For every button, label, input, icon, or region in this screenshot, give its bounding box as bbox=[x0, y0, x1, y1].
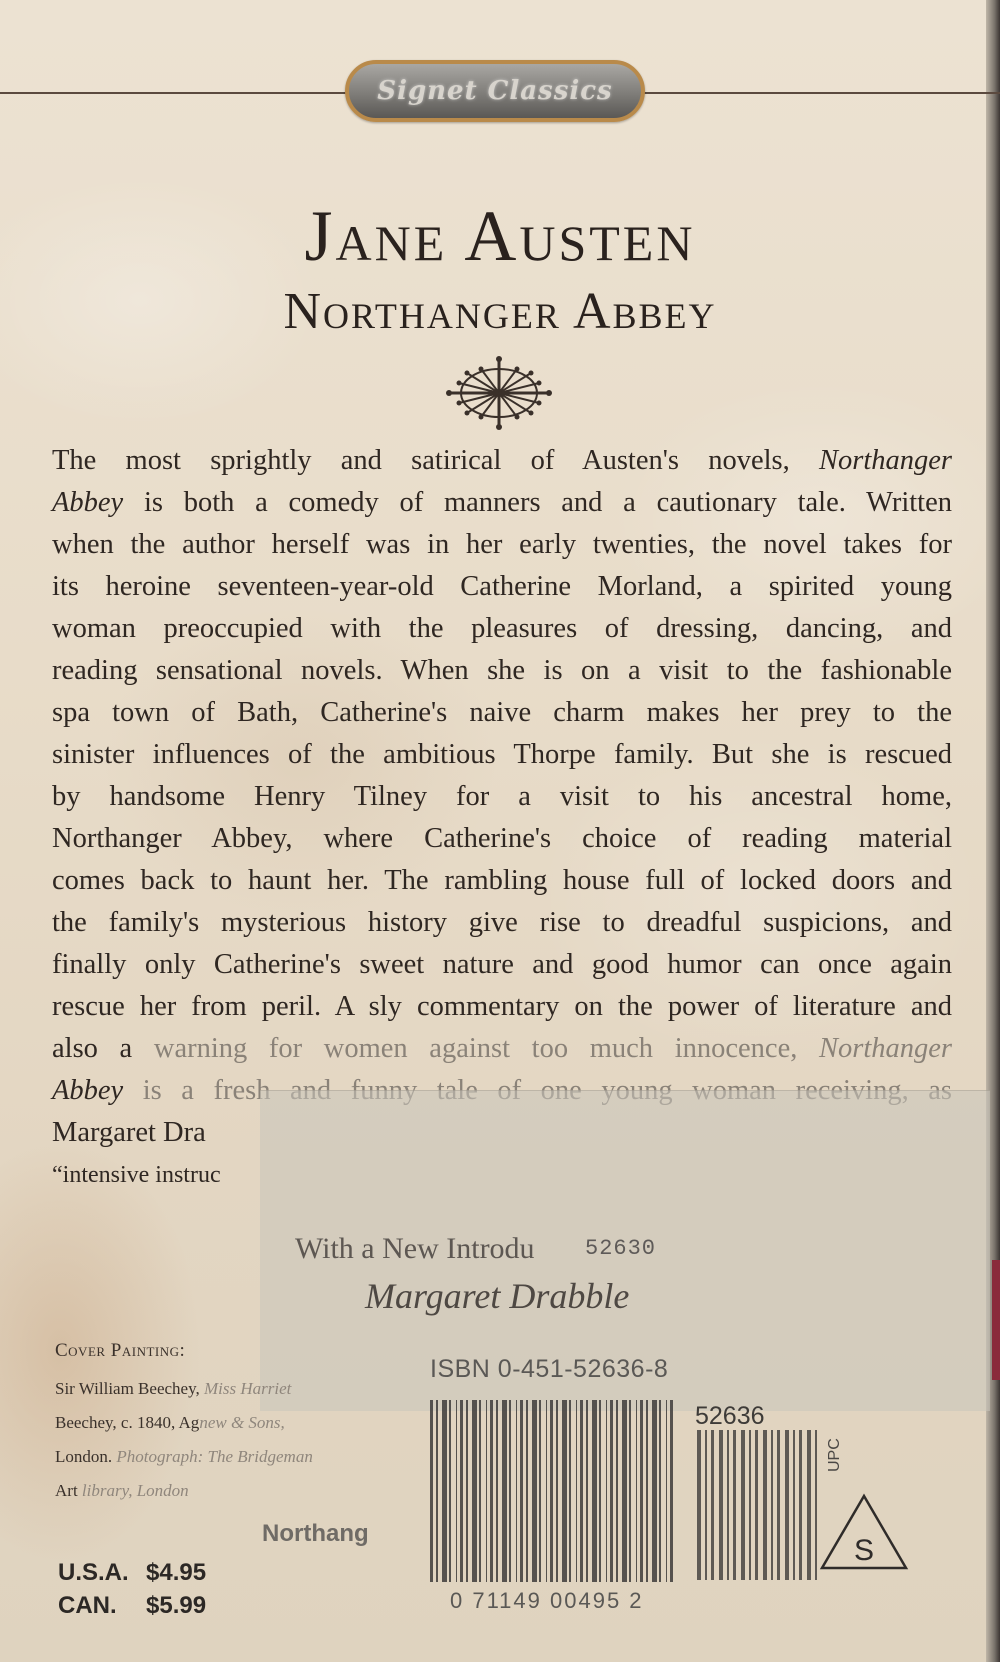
blurb-line: the family's mysterious history give ris… bbox=[52, 902, 952, 944]
price-country: CAN. bbox=[58, 1589, 128, 1622]
introduction-line: With a New Introdu bbox=[295, 1232, 535, 1266]
price-row: U.S.A. $4.95 bbox=[58, 1556, 206, 1589]
author-name: Jane Austen bbox=[0, 195, 1000, 278]
credits-text-dim: Miss Harriet bbox=[204, 1379, 291, 1398]
introduction-signature: Margaret Drabble bbox=[365, 1275, 629, 1317]
upc-mark: S bbox=[854, 1534, 874, 1567]
blurb-line-faded: also a warning for women against too muc… bbox=[52, 1028, 952, 1070]
spine-red-stripe bbox=[992, 1260, 1000, 1380]
blurb-line: spa town of Bath, Catherine's naive char… bbox=[52, 692, 952, 734]
blurb-italic-title: Northanger bbox=[819, 445, 952, 476]
upc-label: UPC bbox=[826, 1438, 844, 1472]
price-country: U.S.A. bbox=[58, 1556, 128, 1589]
cover-credits: Cover Painting: Sir William Beechey, Mis… bbox=[55, 1340, 395, 1508]
blurb-line: when the author herself was in her early… bbox=[52, 524, 952, 566]
cover-credits-label: Cover Painting: bbox=[55, 1340, 395, 1362]
barcode-icon bbox=[430, 1400, 675, 1582]
blurb-italic-title: Abbey bbox=[52, 1075, 123, 1106]
credits-line: London. Photograph: The Bridgeman bbox=[55, 1440, 395, 1474]
upc-triangle-icon: S bbox=[818, 1492, 910, 1572]
blurb-line: its heroine seventeen-year-old Catherine… bbox=[52, 566, 952, 608]
blurb-text: also a bbox=[52, 1033, 132, 1064]
series-badge: Signet Classics bbox=[345, 60, 645, 122]
blurb-italic-title: Northanger bbox=[819, 1033, 952, 1064]
blurb-line: rescue her from peril. A sly commentary … bbox=[52, 986, 952, 1028]
isbn-number: ISBN 0-451-52636-8 bbox=[430, 1355, 668, 1384]
credits-text: Beechey, c. 1840, bbox=[55, 1413, 175, 1432]
blurb-text: The most sprightly and satirical of Aust… bbox=[52, 445, 819, 476]
price-row: CAN. $5.99 bbox=[58, 1589, 206, 1622]
compass-rose-ornament-icon bbox=[443, 355, 555, 431]
credits-line: Sir William Beechey, Miss Harriet bbox=[55, 1372, 395, 1406]
blurb-line: woman preoccupied with the pleasures of … bbox=[52, 608, 952, 650]
credits-text: Ag bbox=[179, 1413, 200, 1432]
cover-credits-text: Sir William Beechey, Miss Harriet Beeche… bbox=[55, 1372, 395, 1508]
credits-text-dim: library, London bbox=[82, 1481, 189, 1500]
credits-text-dim: Photograph: The Bridgeman bbox=[116, 1447, 312, 1466]
barcode-addon-icon bbox=[697, 1430, 817, 1580]
credits-text: Sir William Beechey, bbox=[55, 1379, 200, 1398]
blurb-line: The most sprightly and satirical of Aust… bbox=[52, 440, 952, 482]
spine-sticker-text: Northang bbox=[262, 1520, 369, 1548]
blurb-italic-title: Abbey bbox=[52, 487, 123, 518]
blurb-paragraph: The most sprightly and satirical of Aust… bbox=[52, 440, 952, 1196]
blurb-line: by handsome Henry Tilney for a visit to … bbox=[52, 776, 952, 818]
blurb-line: Northanger Abbey, where Catherine's choi… bbox=[52, 818, 952, 860]
credits-line: Art library, London bbox=[55, 1474, 395, 1508]
blurb-line: Abbey is both a comedy of manners and a … bbox=[52, 482, 952, 524]
blurb-text-faded: is a fresh bbox=[143, 1075, 271, 1106]
credits-text: Art bbox=[55, 1481, 78, 1500]
blurb-line: finally only Catherine's sweet nature an… bbox=[52, 944, 952, 986]
credits-text: London. bbox=[55, 1447, 112, 1466]
barcode-digits: 0 71149 00495 2 bbox=[450, 1588, 644, 1614]
introduction-stamp: 52630 bbox=[585, 1236, 656, 1261]
credits-line: Beechey, c. 1840, Agnew & Sons, bbox=[55, 1406, 395, 1440]
blurb-line: sinister influences of the ambitious Tho… bbox=[52, 734, 952, 776]
blurb-line: reading sensational novels. When she is … bbox=[52, 650, 952, 692]
credits-text-dim: new & Sons, bbox=[199, 1413, 284, 1432]
series-badge-label: Signet Classics bbox=[377, 76, 612, 106]
blurb-line: comes back to haunt her. The rambling ho… bbox=[52, 860, 952, 902]
blurb-text: is both a comedy of manners and a cautio… bbox=[144, 487, 952, 518]
price-block: U.S.A. $4.95 CAN. $5.99 bbox=[58, 1556, 206, 1622]
book-title: Northanger Abbey bbox=[0, 282, 1000, 341]
price-amount: $4.95 bbox=[146, 1556, 206, 1589]
price-amount: $5.99 bbox=[146, 1589, 206, 1622]
barcode-addon-number: 52636 bbox=[695, 1402, 765, 1431]
blurb-text-faded: warning for women against too much innoc… bbox=[154, 1033, 797, 1064]
